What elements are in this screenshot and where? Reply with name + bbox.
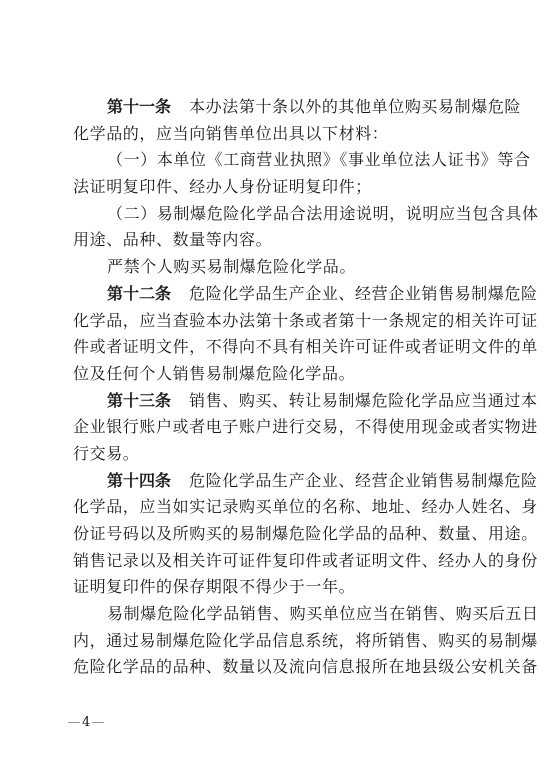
text-line: 法证明复印件、经办人身份证明复印件； [73, 174, 485, 201]
article-text: 危险化学品生产企业、经营企业销售易制爆危险 [189, 471, 538, 490]
article-heading: 第十二条 [107, 284, 171, 303]
text-line: 位及任何个人销售易制爆危险化学品。 [73, 361, 485, 388]
text-line: 证明复印件的保存期限不得少于一年。 [73, 574, 485, 601]
article-heading: 第十一条 [107, 97, 171, 116]
text-line: 第十二条危险化学品生产企业、经营企业销售易制爆危险 [73, 281, 485, 308]
text-line: 第十四条危险化学品生产企业、经营企业销售易制爆危险 [73, 468, 485, 495]
text-line: （二）易制爆危险化学品合法用途说明，说明应当包含具体 [73, 201, 485, 228]
text-line: 用途、品种、数量等内容。 [73, 227, 485, 254]
text-line: 销售记录以及相关许可证件复印件或者证明文件、经办人的身份 [73, 548, 485, 575]
text-line: 危险化学品的品种、数量以及流向信息报所在地县级公安机关备 [73, 654, 485, 681]
text-line: 行交易。 [73, 441, 485, 468]
text-line: 企业银行账户或者电子账户进行交易，不得使用现金或者实物进 [73, 414, 485, 441]
text-line: 严禁个人购买易制爆危险化学品。 [73, 254, 485, 281]
text-line: 第十一条本办法第十条以外的其他单位购买易制爆危险 [73, 94, 485, 121]
footer-dash-left [68, 722, 80, 723]
page-number: 4 [80, 715, 92, 730]
article-text: 危险化学品生产企业、经营企业销售易制爆危险 [189, 284, 538, 303]
text-line: 第十三条销售、购买、转让易制爆危险化学品应当通过本 [73, 388, 485, 415]
article-heading: 第十四条 [107, 471, 171, 490]
article-heading: 第十三条 [107, 391, 171, 410]
text-line: 内，通过易制爆危险化学品信息系统，将所销售、购买的易制爆 [73, 628, 485, 655]
article-text: 本办法第十条以外的其他单位购买易制爆危险 [189, 97, 521, 116]
text-line: 件或者证明文件，不得向不具有相关许可证件或者证明文件的单 [73, 334, 485, 361]
text-line: 化学品，应当查验本办法第十条或者第十一条规定的相关许可证 [73, 308, 485, 335]
text-line: 化学品的，应当向销售单位出具以下材料： [73, 121, 485, 148]
page-number-footer: 4 [68, 715, 104, 730]
text-line: 份证号码以及所购买的易制爆危险化学品的品种、数量、用途。 [73, 521, 485, 548]
article-text: 销售、购买、转让易制爆危险化学品应当通过本 [189, 391, 538, 410]
document-body: 第十一条本办法第十条以外的其他单位购买易制爆危险 化学品的，应当向销售单位出具以… [73, 94, 485, 681]
text-line: （一）本单位《工商营业执照》《事业单位法人证书》等合 [73, 147, 485, 174]
text-line: 化学品，应当如实记录购买单位的名称、地址、经办人姓名、身 [73, 494, 485, 521]
document-page: 第十一条本办法第十条以外的其他单位购买易制爆危险 化学品的，应当向销售单位出具以… [0, 0, 552, 782]
text-line: 易制爆危险化学品销售、购买单位应当在销售、购买后五日 [73, 601, 485, 628]
footer-dash-right [92, 722, 104, 723]
